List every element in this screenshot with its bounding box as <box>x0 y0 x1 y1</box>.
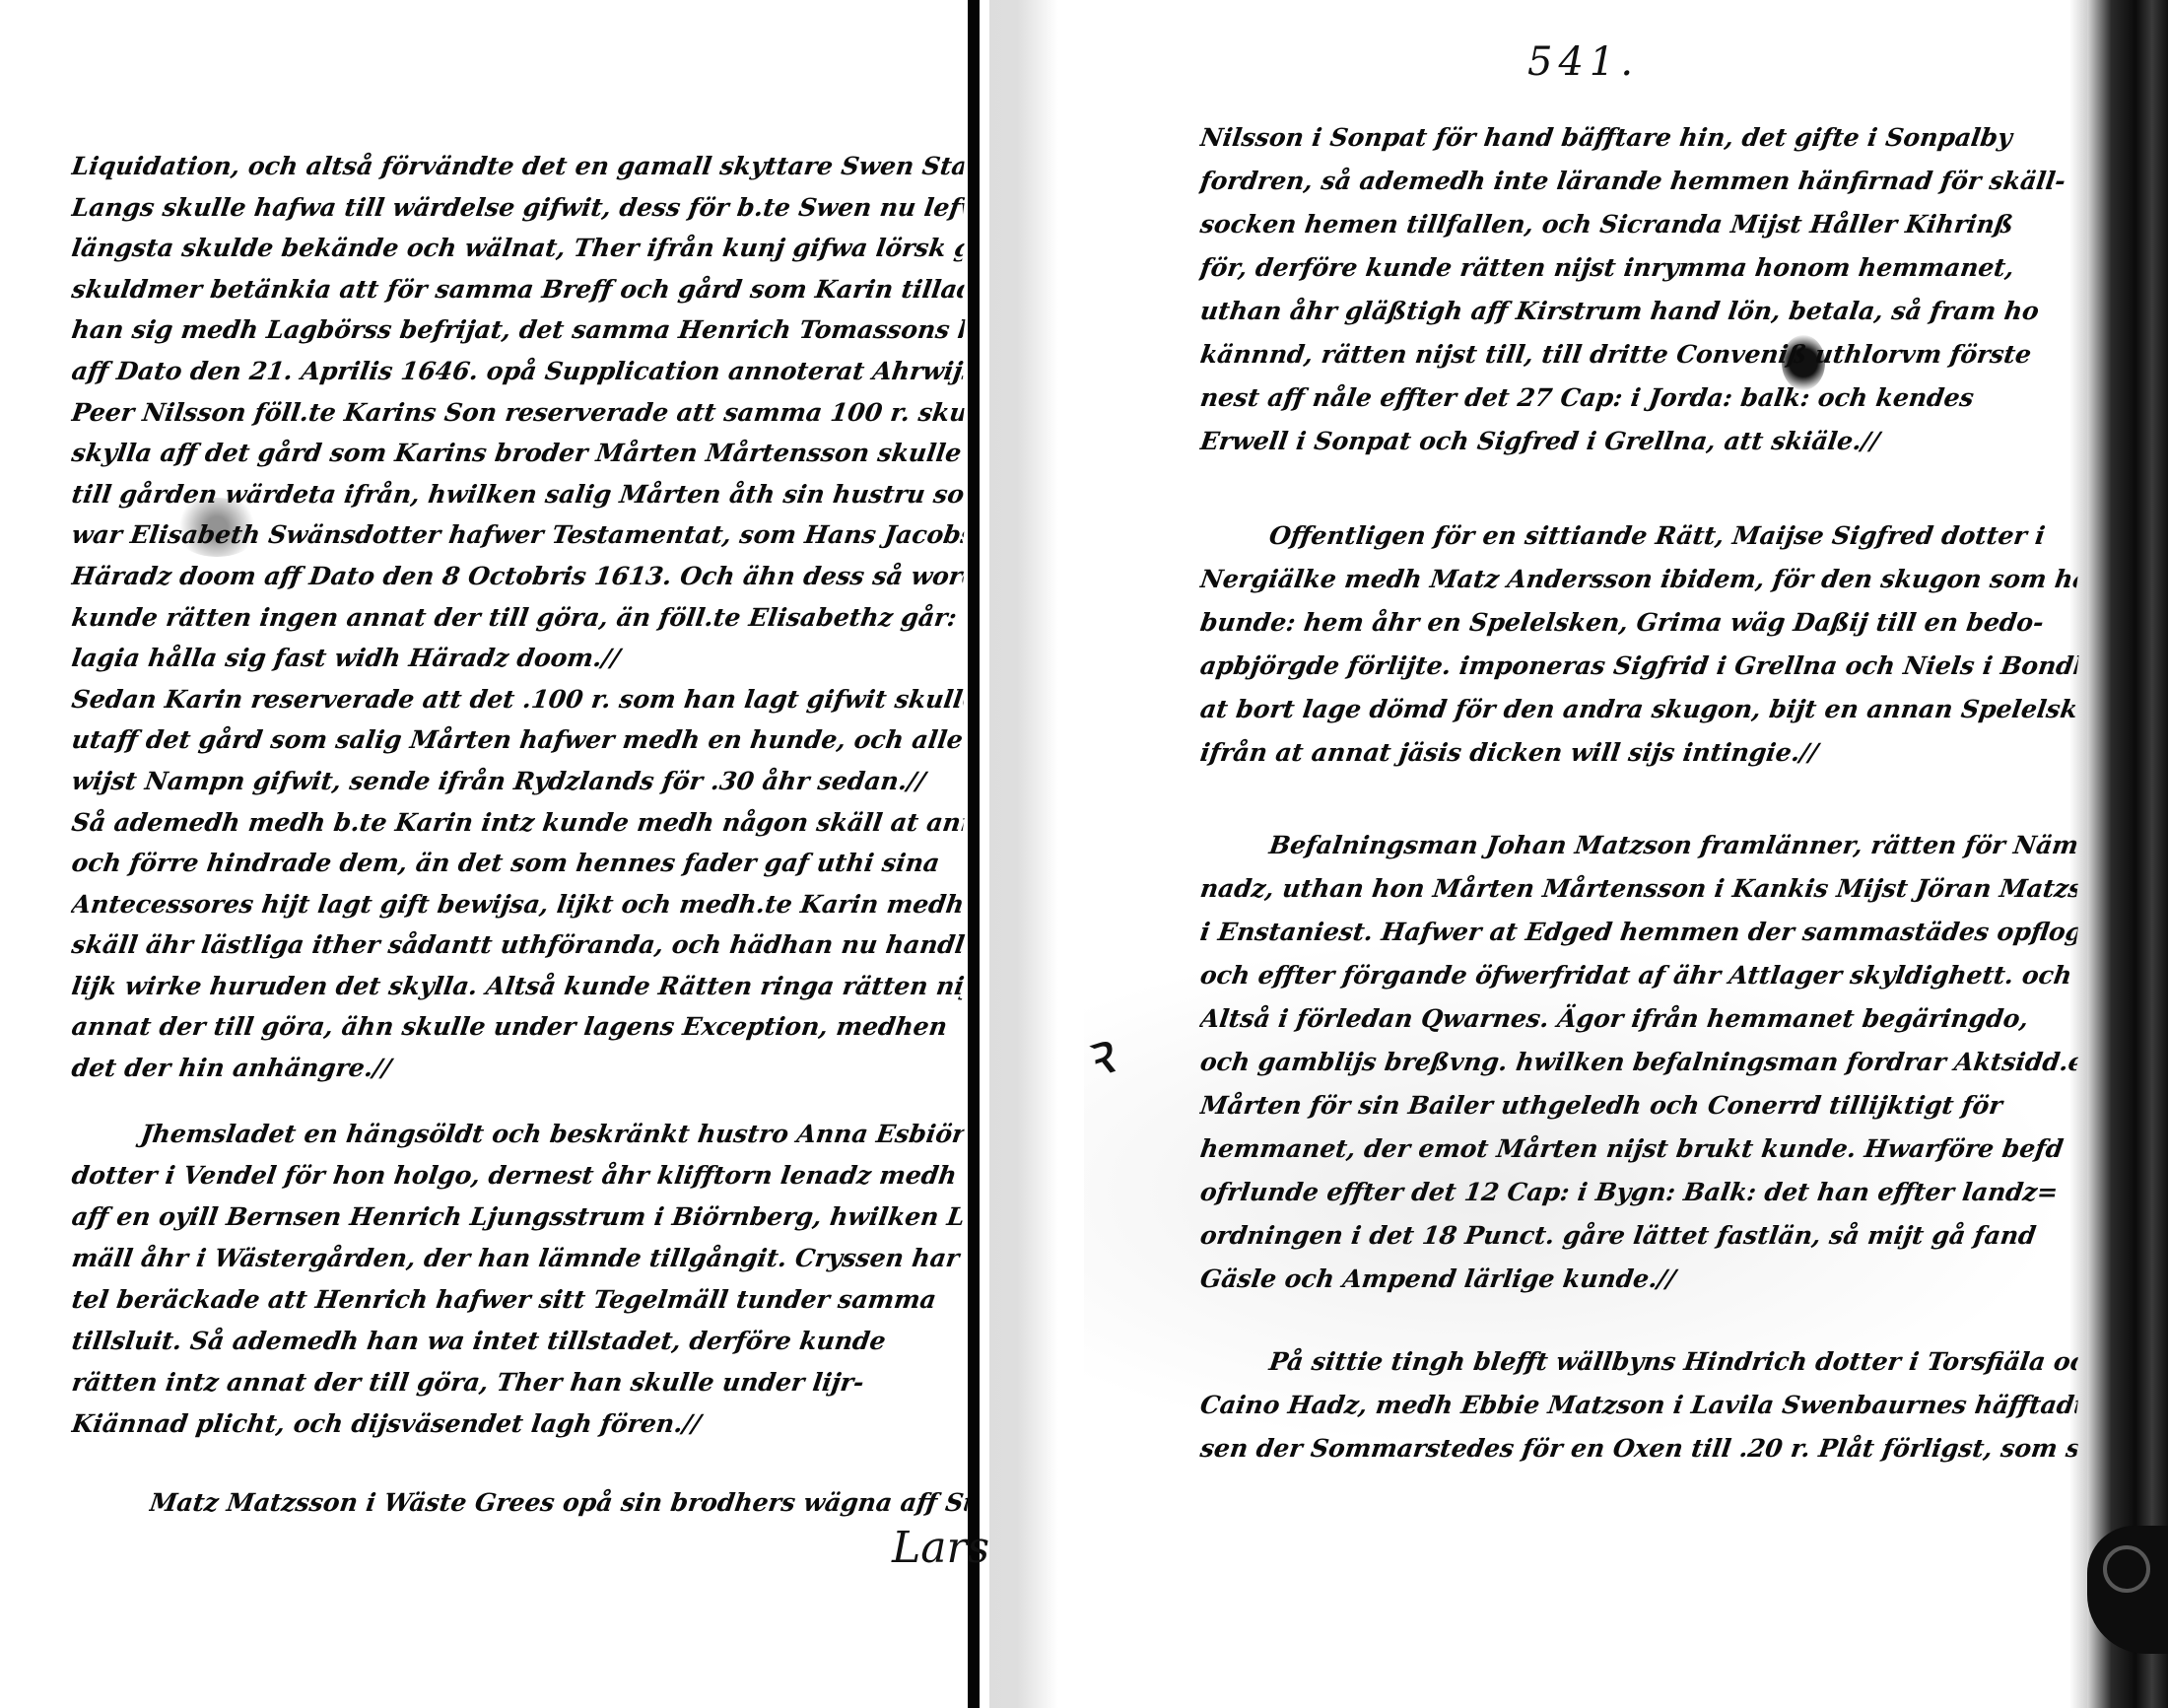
text-line: skäll ähr lästliga ither sådantt uthföra… <box>69 924 967 966</box>
text-line: fordren, så ademedh inte lärande hemmen … <box>1197 160 2080 203</box>
text-line: at bort lage dömd för den andra skugon, … <box>1197 688 2080 731</box>
right-paragraph-2: Offentligen för en sittiande Rätt, Maijs… <box>1197 514 2074 775</box>
text-line: dotter i Vendel för hon holgo, dernest å… <box>69 1155 967 1196</box>
text-line: kännnd, rätten nijst till, till dritte C… <box>1197 333 2080 376</box>
text-line: skylla aff det gård som Karins broder Må… <box>69 433 967 474</box>
text-line: Häradz doom aff Dato den 8 Octobris 1613… <box>69 556 967 597</box>
right-paragraph-3: Befalningsman Johan Matzson framlänner, … <box>1197 824 2074 1301</box>
text-line: bunde: hem åhr en Spelelsken, Grima wäg … <box>1197 601 2080 645</box>
left-closing-entry: Matz Matzsson i Wäste Grees opå sin brod… <box>148 1488 966 1517</box>
text-line: Peer Nilsson föll.te Karins Son reserver… <box>69 392 967 434</box>
text-line: rätten intz annat der till göra, Ther ha… <box>69 1362 967 1403</box>
text-line: längsta skulde bekände och wälnat, Ther … <box>69 228 967 269</box>
text-line: Antecessores hijt lagt gift bewijsa, lij… <box>69 884 967 925</box>
closing-flourish: Lars <box>892 1523 989 1573</box>
text-line: ofrlunde effter det 12 Cap: i Bygn: Balk… <box>1197 1171 2080 1214</box>
text-line: Langs skulle hafwa till wärdelse gifwit,… <box>69 187 967 229</box>
text-line: ordningen i det 18 Punct. gåre lättet fa… <box>1197 1214 2080 1258</box>
text-line: mäll åhr i Wästergården, der han lämnde … <box>69 1238 967 1279</box>
right-page-text: Nilsson i Sonpat för hand bäfftare hin, … <box>1197 116 2074 1470</box>
text-line: kunde rätten ingen annat der till göra, … <box>69 597 967 639</box>
text-line: utaff det gård som salig Mårten hafwer m… <box>69 719 967 761</box>
text-line: Nergiälke medh Matz Andersson ibidem, fö… <box>1197 558 2080 601</box>
text-line: hemmanet, der emot Mårten nijst brukt ku… <box>1197 1127 2080 1171</box>
text-line: Kiännad plicht, och dijsväsendet lagh fö… <box>69 1403 967 1445</box>
text-line: Matz Matzsson i Wäste Grees opå sin brod… <box>148 1488 970 1517</box>
text-line: och effter förgande öfwerfridat af ähr A… <box>1197 954 2080 997</box>
text-line: tel beräckade att Henrich hafwer sitt Te… <box>69 1279 967 1321</box>
text-line: Sedan Karin reserverade att det .100 r. … <box>69 679 967 720</box>
text-line: Gäsle och Ampend lärlige kunde.// <box>1197 1258 2080 1301</box>
text-line: ifrån at annat jäsis dicken will sijs in… <box>1197 731 2080 775</box>
text-line: sen der Sommarstedes för en Oxen till .2… <box>1197 1427 2080 1470</box>
gutter-binding-line <box>968 0 980 1708</box>
text-line: Liquidation, och altså förvändte det en … <box>69 146 967 187</box>
text-line: annat der till göra, ähn skulle under la… <box>69 1006 967 1048</box>
manuscript-spread: 541. ꝛ Liquidation, och altså förvändte … <box>0 0 2168 1708</box>
text-line: Mårten för sin Bailer uthgeledh och Cone… <box>1197 1084 2080 1127</box>
text-line: nadz, uthan hon Mårten Mårtensson i Kank… <box>1197 867 2080 911</box>
text-line: aff en oyill Bernsen Henrich Ljungsstrum… <box>69 1196 967 1238</box>
text-line: Nilsson i Sonpat för hand bäfftare hin, … <box>1197 116 2080 160</box>
page-number: 541. <box>1527 39 1639 85</box>
left-paragraph-1: Liquidation, och altså förvändte det en … <box>69 146 961 1089</box>
paragraph-gap <box>1197 775 2074 824</box>
text-line: Caino Hadz, medh Ebbie Matzson i Lavila … <box>1197 1384 2080 1427</box>
text-line: uthan åhr gläßtigh aff Kirstrum hand lön… <box>1197 290 2080 333</box>
gutter-shadow <box>989 0 1058 1708</box>
text-line: lijk wirke huruden det skylla. Altså kun… <box>69 966 967 1007</box>
right-paragraph-1: Nilsson i Sonpat för hand bäfftare hin, … <box>1197 116 2074 463</box>
text-line: i Enstaniest. Hafwer at Edged hemmen der… <box>1197 911 2080 954</box>
text-line: han sig medh Lagbörss befrijat, det samm… <box>69 309 967 351</box>
text-line: socken hemen tillfallen, och Sicranda Mi… <box>1197 203 2080 246</box>
text-line: Så ademedh medh b.te Karin intz kunde me… <box>69 802 967 844</box>
text-line: lagia hålla sig fast widh Häradz doom.// <box>69 638 967 679</box>
text-line: och gamblijs breßvng. hwilken befalnings… <box>1197 1041 2080 1084</box>
text-line: apbjörgde förlijte. imponeras Sigfrid i … <box>1197 645 2080 688</box>
text-line: aff Dato den 21. Aprilis 1646. opå Suppl… <box>69 351 967 392</box>
text-line: för, derföre kunde rätten nijst inrymma … <box>1197 246 2080 290</box>
text-line: skuldmer betänkia att för samma Breff oc… <box>69 269 967 310</box>
text-line: Befalningsman Johan Matzson framlänner, … <box>1197 824 2080 867</box>
text-line: nest aff nåle effter det 27 Cap: i Jorda… <box>1197 376 2080 420</box>
text-line: På sittie tingh blefft wällbyns Hindrich… <box>1197 1340 2080 1384</box>
left-paragraph-2: Jhemsladet en hängsöldt och beskränkt hu… <box>69 1114 961 1445</box>
text-line: Jhemsladet en hängsöldt och beskränkt hu… <box>69 1114 967 1155</box>
text-line: war Elisabeth Swänsdotter hafwer Testame… <box>69 514 967 556</box>
text-line: till gården wärdeta ifrån, hwilken salig… <box>69 474 967 515</box>
book-cover-edge <box>2087 0 2168 1708</box>
text-line: Altså i förledan Qwarnes. Ägor ifrån hem… <box>1197 997 2080 1041</box>
right-paragraph-4: På sittie tingh blefft wällbyns Hindrich… <box>1197 1340 2074 1470</box>
text-line: wijst Nampn gifwit, sende ifrån Rydzland… <box>69 761 967 802</box>
text-line: och förre hindrade dem, än det som henne… <box>69 843 967 884</box>
paragraph-gap <box>1197 463 2074 514</box>
text-line: Erwell i Sonpat och Sigfred i Grellna, a… <box>1197 420 2080 463</box>
text-line: Offentligen för en sittiande Rätt, Maijs… <box>1197 514 2080 558</box>
text-line: tillsluit. Så ademedh han wa intet tills… <box>69 1321 967 1362</box>
paragraph-gap <box>1197 1301 2074 1340</box>
text-line: det der hin anhängre.// <box>69 1048 967 1089</box>
clasp-ring-icon <box>2103 1545 2150 1593</box>
